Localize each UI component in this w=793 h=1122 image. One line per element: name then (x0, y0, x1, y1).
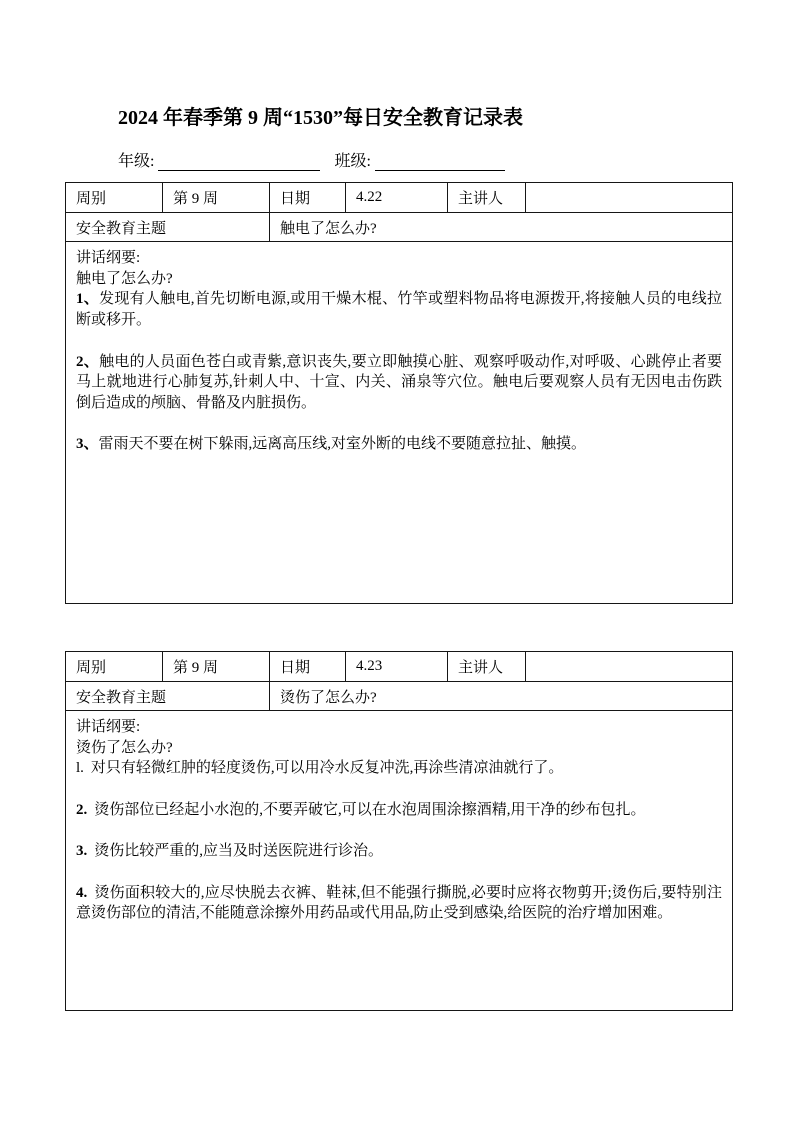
date-label-cell: 日期 (270, 652, 346, 682)
week-value-cell: 第 9 周 (163, 652, 270, 682)
outline-body: 讲话纲要: 烫伤了怎么办? l.对只有轻微红肿的轻度烫伤,可以用冷水反复冲洗,再… (76, 717, 722, 1007)
outline-item: 3、雷雨天不要在树下躲雨,远离高压线,对室外断的电线不要随意拉扯、触摸。 (76, 434, 722, 455)
date-value-cell: 4.23 (346, 652, 448, 682)
table-row: 周别 第 9 周 日期 4.23 主讲人 (66, 652, 733, 682)
topic-label-cell: 安全教育主题 (66, 682, 270, 711)
item-text: 烫伤部位已经起小水泡的,不要弄破它,可以在水泡周围涂擦酒精,用干净的纱布包扎。 (94, 802, 645, 818)
grade-label: 年级: (118, 153, 154, 170)
item-text: 触电的人员面色苍白或青紫,意识丧失,要立即触摸心脏、观察呼吸动作,对呼吸、心跳停… (76, 354, 722, 411)
table-row: 安全教育主题 触电了怎么办? (66, 213, 733, 242)
date-label-cell: 日期 (270, 183, 346, 213)
outline-item: 4.烫伤面积较大的,应尽快脱去衣裤、鞋袜,但不能强行撕脱,必要时应将衣物剪开;烫… (76, 883, 722, 924)
item-number: 3. (76, 843, 87, 859)
table-row: 周别 第 9 周 日期 4.22 主讲人 (66, 183, 733, 213)
item-text: 烫伤比较严重的,应当及时送医院进行诊治。 (94, 843, 383, 859)
table-row: 安全教育主题 烫伤了怎么办? (66, 682, 733, 711)
table-row: 讲话纲要: 烫伤了怎么办? l.对只有轻微红肿的轻度烫伤,可以用冷水反复冲洗,再… (66, 711, 733, 1011)
outline-item: l.对只有轻微红肿的轻度烫伤,可以用冷水反复冲洗,再涂些清凉油就行了。 (76, 758, 722, 779)
item-number: l. (76, 760, 84, 776)
week-value-cell: 第 9 周 (163, 183, 270, 213)
topic-label-cell: 安全教育主题 (66, 213, 270, 242)
outline-title: 触电了怎么办? (76, 269, 722, 290)
item-number: 1、 (76, 291, 99, 307)
speaker-label-cell: 主讲人 (448, 183, 526, 213)
date-value-cell: 4.22 (346, 183, 448, 213)
item-text: 对只有轻微红肿的轻度烫伤,可以用冷水反复冲洗,再涂些清凉油就行了。 (91, 760, 564, 776)
topic-value-cell: 触电了怎么办? (270, 213, 733, 242)
class-blank-field (375, 153, 505, 171)
item-number: 4. (76, 885, 87, 901)
grade-blank-field (158, 153, 320, 171)
item-text: 雷雨天不要在树下躲雨,远离高压线,对室外断的电线不要随意拉扯、触摸。 (99, 436, 587, 452)
outline-cell: 讲话纲要: 烫伤了怎么办? l.对只有轻微红肿的轻度烫伤,可以用冷水反复冲洗,再… (66, 711, 733, 1011)
week-label-cell: 周别 (66, 183, 163, 213)
item-number: 2. (76, 802, 87, 818)
item-text: 烫伤面积较大的,应尽快脱去衣裤、鞋袜,但不能强行撕脱,必要时应将衣物剪开;烫伤后… (76, 885, 722, 922)
record-table-2: 周别 第 9 周 日期 4.23 主讲人 安全教育主题 烫伤了怎么办? 讲话纲要… (65, 651, 733, 1011)
week-label-cell: 周别 (66, 652, 163, 682)
topic-value-cell: 烫伤了怎么办? (270, 682, 733, 711)
speaker-value-cell (526, 183, 733, 213)
speaker-label-cell: 主讲人 (448, 652, 526, 682)
item-number: 2、 (76, 354, 99, 370)
outline-item: 1、发现有人触电,首先切断电源,或用干燥木棍、竹竿或塑料物品将电源拨开,将接触人… (76, 289, 722, 330)
outline-item: 2.烫伤部位已经起小水泡的,不要弄破它,可以在水泡周围涂擦酒精,用干净的纱布包扎… (76, 800, 722, 821)
speaker-value-cell (526, 652, 733, 682)
document-page: 2024 年春季第 9 周“1530”每日安全教育记录表 年级:班级: 周别 第… (0, 0, 793, 1122)
outline-item: 2、触电的人员面色苍白或青紫,意识丧失,要立即触摸心脏、观察呼吸动作,对呼吸、心… (76, 352, 722, 414)
page-title: 2024 年春季第 9 周“1530”每日安全教育记录表 (118, 101, 523, 130)
outline-label: 讲话纲要: (76, 717, 722, 738)
table-row: 讲话纲要: 触电了怎么办? 1、发现有人触电,首先切断电源,或用干燥木棍、竹竿或… (66, 242, 733, 604)
record-table-1: 周别 第 9 周 日期 4.22 主讲人 安全教育主题 触电了怎么办? 讲话纲要… (65, 182, 733, 604)
class-label: 班级: (334, 153, 370, 170)
grade-class-line: 年级:班级: (118, 148, 505, 171)
outline-cell: 讲话纲要: 触电了怎么办? 1、发现有人触电,首先切断电源,或用干燥木棍、竹竿或… (66, 242, 733, 604)
outline-title: 烫伤了怎么办? (76, 738, 722, 759)
outline-item: 3.烫伤比较严重的,应当及时送医院进行诊治。 (76, 841, 722, 862)
item-text: 发现有人触电,首先切断电源,或用干燥木棍、竹竿或塑料物品将电源拨开,将接触人员的… (76, 291, 722, 328)
outline-label: 讲话纲要: (76, 248, 722, 269)
outline-body: 讲话纲要: 触电了怎么办? 1、发现有人触电,首先切断电源,或用干燥木棍、竹竿或… (76, 248, 722, 600)
item-number: 3、 (76, 436, 99, 452)
